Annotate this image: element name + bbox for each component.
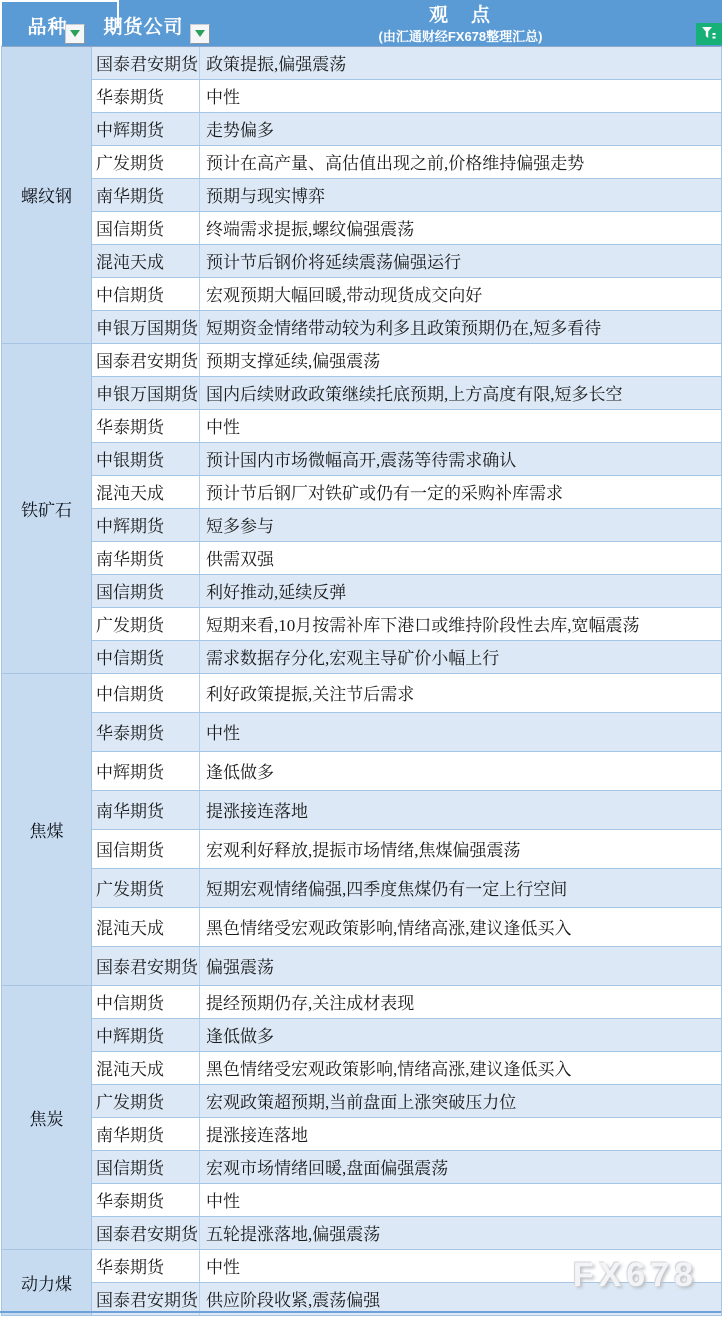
view-header-label: 观 点 [200, 1, 722, 28]
table-row: 国信期货宏观利好释放,提振市场情绪,焦煤偏强震荡 [2, 829, 722, 868]
company-cell: 国信期货 [92, 211, 200, 244]
view-cell: 预计节后钢厂对铁矿或仍有一定的采购补库需求 [200, 475, 722, 508]
company-cell: 国信期货 [92, 829, 200, 868]
variety-filter-dropdown-button[interactable] [65, 24, 85, 44]
company-cell: 中辉期货 [92, 112, 200, 145]
view-cell: 逢低做多 [200, 751, 722, 790]
table-row: 铁矿石国泰君安期货预期支撑延续,偏强震荡 [2, 343, 722, 376]
company-cell: 中信期货 [92, 277, 200, 310]
variety-cell: 焦炭 [2, 985, 92, 1249]
company-cell: 南华期货 [92, 790, 200, 829]
company-cell: 中银期货 [92, 442, 200, 475]
table-row: 南华期货预期与现实博弈 [2, 178, 722, 211]
variety-cell: 焦煤 [2, 673, 92, 985]
table-row: 中银期货预计国内市场微幅高开,震荡等待需求确认 [2, 442, 722, 475]
opinion-table: 品种 期货公司 观 点 (由汇通财经FX678整理汇总) [1, 0, 722, 1316]
table-row: 混沌天成黑色情绪受宏观政策影响,情绪高涨,建议逢低买入 [2, 1051, 722, 1084]
company-cell: 华泰期货 [92, 712, 200, 751]
view-cell: 短期宏观情绪偏强,四季度焦煤仍有一定上行空间 [200, 868, 722, 907]
company-cell: 申银万国期货 [92, 310, 200, 343]
company-cell: 混沌天成 [92, 475, 200, 508]
table-row: 中辉期货逢低做多 [2, 1018, 722, 1051]
view-cell: 供需双强 [200, 541, 722, 574]
company-cell: 中信期货 [92, 985, 200, 1018]
view-cell: 短多参与 [200, 508, 722, 541]
dropdown-triangle-icon [195, 30, 205, 37]
company-cell: 国信期货 [92, 574, 200, 607]
view-cell: 预计在高产量、高估值出现之前,价格维持偏强走势 [200, 145, 722, 178]
view-cell: 宏观市场情绪回暖,盘面偏强震荡 [200, 1150, 722, 1183]
company-cell: 国信期货 [92, 1150, 200, 1183]
company-cell: 华泰期货 [92, 79, 200, 112]
view-cell: 提涨接连落地 [200, 1117, 722, 1150]
table-row: 中辉期货逢低做多 [2, 751, 722, 790]
table-row: 国泰君安期货五轮提涨落地,偏强震荡 [2, 1216, 722, 1249]
company-cell: 中信期货 [92, 673, 200, 712]
company-cell: 中信期货 [92, 640, 200, 673]
table-row: 混沌天成预计节后钢厂对铁矿或仍有一定的采购补库需求 [2, 475, 722, 508]
view-cell: 中性 [200, 1249, 722, 1282]
table-row: 华泰期货中性 [2, 1183, 722, 1216]
view-filter-funnel-button[interactable] [696, 23, 722, 45]
futures-opinion-sheet: 品种 期货公司 观 点 (由汇通财经FX678整理汇总) [0, 0, 722, 1317]
view-cell: 中性 [200, 712, 722, 751]
company-cell: 广发期货 [92, 607, 200, 640]
view-cell: 预期支撑延续,偏强震荡 [200, 343, 722, 376]
table-row: 申银万国期货国内后续财政政策继续托底预期,上方高度有限,短多长空 [2, 376, 722, 409]
table-row: 广发期货短期来看,10月按需补库下港口或维持阶段性去库,宽幅震荡 [2, 607, 722, 640]
view-cell: 国内后续财政政策继续托底预期,上方高度有限,短多长空 [200, 376, 722, 409]
company-cell: 广发期货 [92, 145, 200, 178]
company-header-label: 期货公司 [104, 12, 184, 39]
view-cell: 黑色情绪受宏观政策影响,情绪高涨,建议逢低买入 [200, 907, 722, 946]
column-header-variety: 品种 [2, 0, 92, 46]
company-cell: 混沌天成 [92, 244, 200, 277]
view-cell: 预计国内市场微幅高开,震荡等待需求确认 [200, 442, 722, 475]
table-row: 混沌天成预计节后钢价将延续震荡偏强运行 [2, 244, 722, 277]
company-cell: 申银万国期货 [92, 376, 200, 409]
view-cell: 需求数据存分化,宏观主导矿价小幅上行 [200, 640, 722, 673]
table-row: 国泰君安期货偏强震荡 [2, 946, 722, 985]
variety-header-label: 品种 [28, 12, 68, 39]
table-row: 南华期货供需双强 [2, 541, 722, 574]
view-cell: 预期与现实博弈 [200, 178, 722, 211]
column-header-view: 观 点 (由汇通财经FX678整理汇总) [200, 0, 722, 46]
table-row: 华泰期货中性 [2, 409, 722, 442]
view-cell: 预计节后钢价将延续震荡偏强运行 [200, 244, 722, 277]
company-cell: 国泰君安期货 [92, 46, 200, 79]
table-row: 中辉期货走势偏多 [2, 112, 722, 145]
company-cell: 南华期货 [92, 1117, 200, 1150]
table-row: 焦煤中信期货利好政策提振,关注节后需求 [2, 673, 722, 712]
company-cell: 国泰君安期货 [92, 343, 200, 376]
table-row: 焦炭中信期货提经预期仍存,关注成材表现 [2, 985, 722, 1018]
table-row: 广发期货宏观政策超预期,当前盘面上涨突破压力位 [2, 1084, 722, 1117]
table-row: 国信期货宏观市场情绪回暖,盘面偏强震荡 [2, 1150, 722, 1183]
variety-cell: 螺纹钢 [2, 46, 92, 343]
dropdown-triangle-icon [70, 30, 80, 37]
variety-cell: 铁矿石 [2, 343, 92, 673]
company-cell: 南华期货 [92, 178, 200, 211]
table-row: 中信期货宏观预期大幅回暖,带动现货成交向好 [2, 277, 722, 310]
table-row: 南华期货提涨接连落地 [2, 790, 722, 829]
view-cell: 黑色情绪受宏观政策影响,情绪高涨,建议逢低买入 [200, 1051, 722, 1084]
column-header-company: 期货公司 [92, 0, 200, 46]
view-cell: 五轮提涨落地,偏强震荡 [200, 1216, 722, 1249]
view-cell: 宏观政策超预期,当前盘面上涨突破压力位 [200, 1084, 722, 1117]
company-cell: 国泰君安期货 [92, 946, 200, 985]
view-header-subtitle: (由汇通财经FX678整理汇总) [200, 28, 722, 45]
corner-artifact-left [0, 0, 2, 27]
company-cell: 中辉期货 [92, 508, 200, 541]
company-cell: 南华期货 [92, 541, 200, 574]
table-row: 动力煤华泰期货中性 [2, 1249, 722, 1282]
view-cell: 政策提振,偏强震荡 [200, 46, 722, 79]
view-cell: 中性 [200, 409, 722, 442]
company-cell: 国泰君安期货 [92, 1216, 200, 1249]
table-row: 国信期货终端需求提振,螺纹偏强震荡 [2, 211, 722, 244]
view-cell: 短期资金情绪带动较为利多且政策预期仍在,短多看待 [200, 310, 722, 343]
company-cell: 中辉期货 [92, 1018, 200, 1051]
company-cell: 混沌天成 [92, 907, 200, 946]
opinion-table-body: 螺纹钢国泰君安期货政策提振,偏强震荡华泰期货中性中辉期货走势偏多广发期货预计在高… [2, 46, 722, 1315]
view-cell: 短期来看,10月按需补库下港口或维持阶段性去库,宽幅震荡 [200, 607, 722, 640]
table-bottom-border [0, 1311, 721, 1313]
table-row: 混沌天成黑色情绪受宏观政策影响,情绪高涨,建议逢低买入 [2, 907, 722, 946]
view-cell: 宏观预期大幅回暖,带动现货成交向好 [200, 277, 722, 310]
view-cell: 利好推动,延续反弹 [200, 574, 722, 607]
view-cell: 终端需求提振,螺纹偏强震荡 [200, 211, 722, 244]
company-cell: 广发期货 [92, 868, 200, 907]
table-row: 螺纹钢国泰君安期货政策提振,偏强震荡 [2, 46, 722, 79]
company-cell: 华泰期货 [92, 1249, 200, 1282]
view-cell: 偏强震荡 [200, 946, 722, 985]
view-cell: 宏观利好释放,提振市场情绪,焦煤偏强震荡 [200, 829, 722, 868]
header-row: 品种 期货公司 观 点 (由汇通财经FX678整理汇总) [2, 0, 722, 46]
funnel-icon [701, 26, 716, 41]
table-row: 华泰期货中性 [2, 712, 722, 751]
table-row: 南华期货提涨接连落地 [2, 1117, 722, 1150]
view-cell: 逢低做多 [200, 1018, 722, 1051]
company-cell: 华泰期货 [92, 409, 200, 442]
variety-cell: 动力煤 [2, 1249, 92, 1315]
company-cell: 混沌天成 [92, 1051, 200, 1084]
company-cell: 中辉期货 [92, 751, 200, 790]
table-row: 广发期货短期宏观情绪偏强,四季度焦煤仍有一定上行空间 [2, 868, 722, 907]
table-row: 华泰期货中性 [2, 79, 722, 112]
table-row: 中辉期货短多参与 [2, 508, 722, 541]
view-cell: 利好政策提振,关注节后需求 [200, 673, 722, 712]
view-cell: 走势偏多 [200, 112, 722, 145]
corner-artifact-top [0, 0, 119, 2]
table-row: 国信期货利好推动,延续反弹 [2, 574, 722, 607]
view-cell: 提经预期仍存,关注成材表现 [200, 985, 722, 1018]
corner-artifact-vline [117, 0, 119, 27]
view-cell: 提涨接连落地 [200, 790, 722, 829]
company-cell: 广发期货 [92, 1084, 200, 1117]
company-filter-dropdown-button[interactable] [190, 24, 210, 44]
view-cell: 中性 [200, 1183, 722, 1216]
table-row: 广发期货预计在高产量、高估值出现之前,价格维持偏强走势 [2, 145, 722, 178]
view-cell: 中性 [200, 79, 722, 112]
table-row: 申银万国期货短期资金情绪带动较为利多且政策预期仍在,短多看待 [2, 310, 722, 343]
company-cell: 华泰期货 [92, 1183, 200, 1216]
table-row: 中信期货需求数据存分化,宏观主导矿价小幅上行 [2, 640, 722, 673]
